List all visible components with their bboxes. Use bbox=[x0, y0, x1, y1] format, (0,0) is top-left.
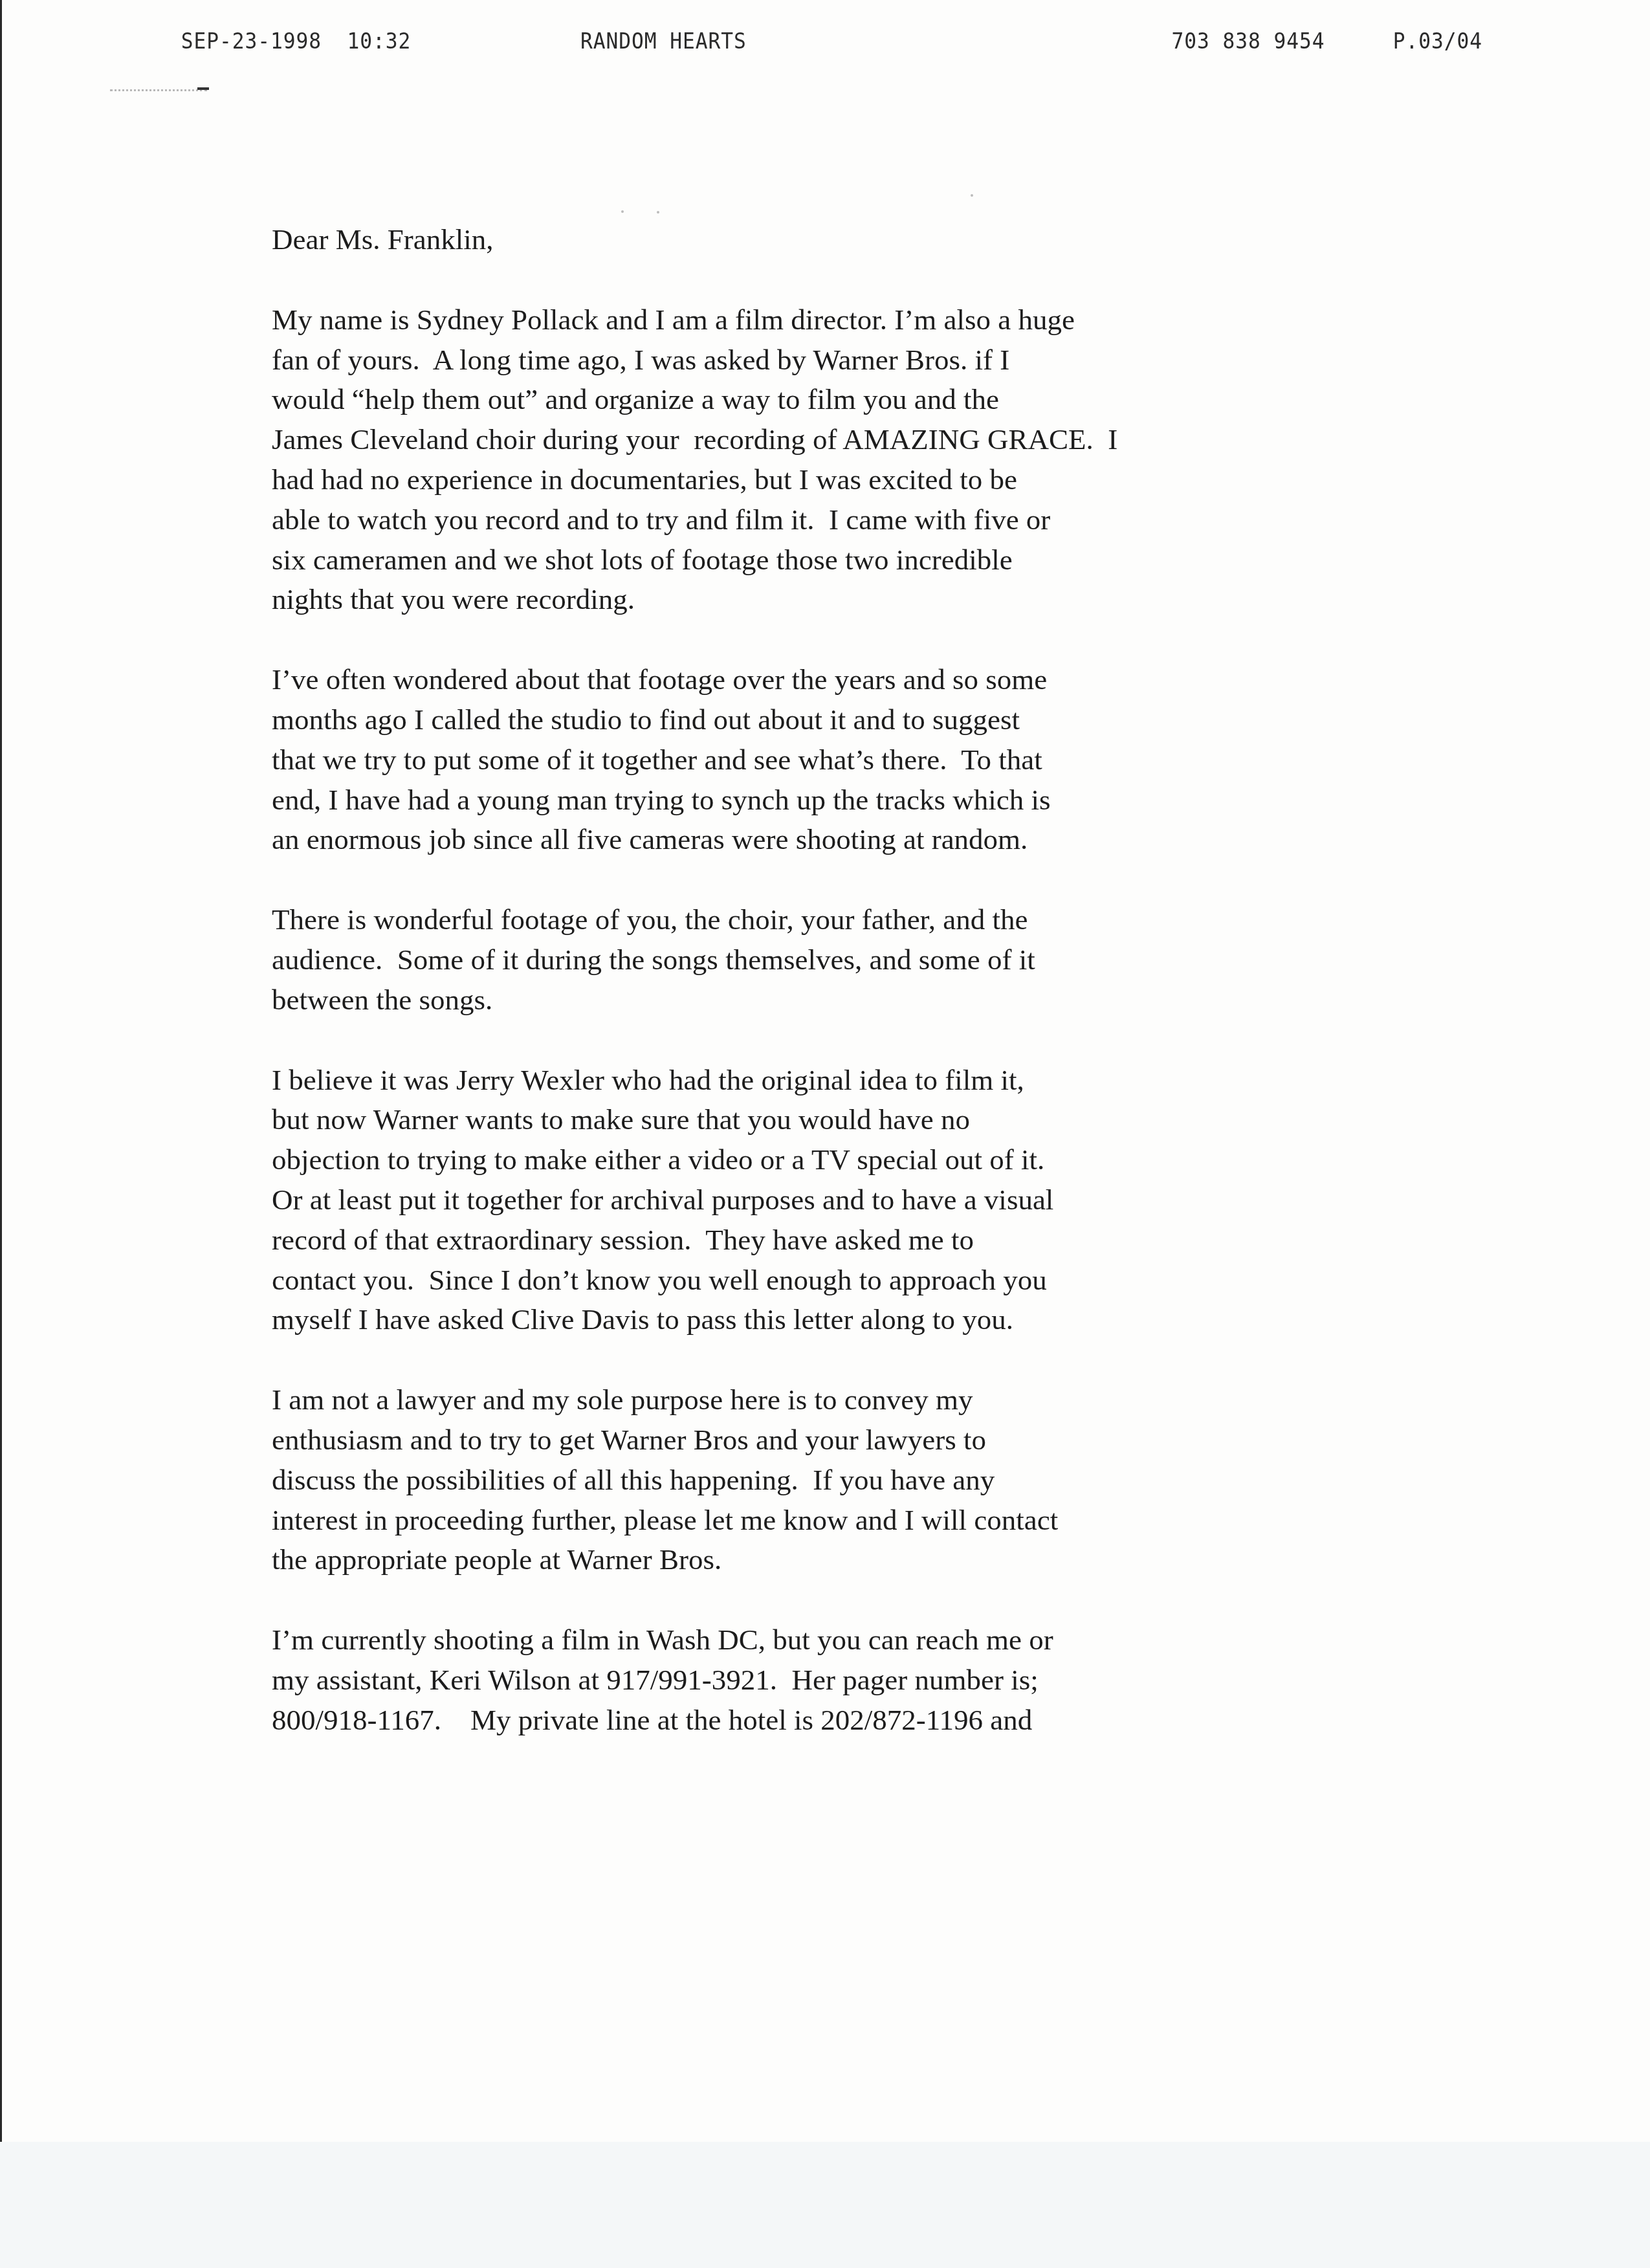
letter-paragraph: I’m currently shooting a film in Wash DC… bbox=[272, 1620, 1411, 1740]
scan-left-edge bbox=[0, 0, 2, 2232]
letter-line: would “help them out” and organize a way… bbox=[272, 380, 1411, 420]
letter-line: My name is Sydney Pollack and I am a fil… bbox=[272, 300, 1411, 340]
letter-line: discuss the possibilities of all this ha… bbox=[272, 1460, 1411, 1501]
letter-line: my assistant, Keri Wilson at 917/991-392… bbox=[272, 1660, 1411, 1701]
letter-line: between the songs. bbox=[272, 980, 1411, 1020]
salutation: Dear Ms. Franklin, bbox=[272, 220, 1411, 260]
letter-line: I’m currently shooting a film in Wash DC… bbox=[272, 1620, 1411, 1660]
fax-date: SEP-23-1998 10:32 bbox=[181, 28, 412, 54]
scan-speck bbox=[621, 210, 624, 213]
letter-line: enthusiasm and to try to get Warner Bros… bbox=[272, 1420, 1411, 1460]
letter-line: the appropriate people at Warner Bros. bbox=[272, 1540, 1411, 1580]
letter-paragraph: I believe it was Jerry Wexler who had th… bbox=[272, 1061, 1411, 1341]
letter-line: objection to trying to make either a vid… bbox=[272, 1140, 1411, 1180]
fax-page-number: P.03/04 bbox=[1393, 28, 1482, 54]
fax-header: SEP-23-1998 10:32 RANDOM HEARTS 703 838 … bbox=[0, 28, 1518, 61]
letter-line: but now Warner wants to make sure that y… bbox=[272, 1100, 1411, 1140]
letter-line: that we try to put some of it together a… bbox=[272, 740, 1411, 780]
letter-line: fan of yours. A long time ago, I was ask… bbox=[272, 340, 1411, 380]
letter-line: There is wonderful footage of you, the c… bbox=[272, 900, 1411, 940]
letter-line: six cameramen and we shot lots of footag… bbox=[272, 540, 1411, 580]
letter-line: myself I have asked Clive Davis to pass … bbox=[272, 1300, 1411, 1340]
letter-body: Dear Ms. Franklin, My name is Sydney Pol… bbox=[272, 220, 1411, 1781]
letter-line: months ago I called the studio to find o… bbox=[272, 700, 1411, 740]
letter-line: interest in proceeding further, please l… bbox=[272, 1501, 1411, 1541]
letter-line: audience. Some of it during the songs th… bbox=[272, 940, 1411, 980]
letter-line: James Cleveland choir during your record… bbox=[272, 420, 1411, 460]
scanner-bed-band bbox=[0, 2142, 1650, 2268]
fax-date-value: SEP-23-1998 bbox=[181, 28, 322, 54]
letter-paragraph: My name is Sydney Pollack and I am a fil… bbox=[272, 300, 1411, 620]
letter-paragraph: I’ve often wondered about that footage o… bbox=[272, 660, 1411, 860]
letter-line: I believe it was Jerry Wexler who had th… bbox=[272, 1061, 1411, 1101]
letter-line: I am not a lawyer and my sole purpose he… bbox=[272, 1380, 1411, 1420]
letter-paragraph: I am not a lawyer and my sole purpose he… bbox=[272, 1380, 1411, 1580]
letter-line: nights that you were recording. bbox=[272, 580, 1411, 620]
letter-line: an enormous job since all five cameras w… bbox=[272, 820, 1411, 860]
fax-phone: 703 838 9454 bbox=[1172, 28, 1325, 54]
letter-line: record of that extraordinary session. Th… bbox=[272, 1220, 1411, 1261]
letter-line: had had no experience in documentaries, … bbox=[272, 460, 1411, 500]
stray-scan-dash bbox=[197, 87, 209, 90]
letter-line: I’ve often wondered about that footage o… bbox=[272, 660, 1411, 700]
stray-scan-mark bbox=[110, 85, 207, 91]
scan-speck bbox=[657, 211, 659, 214]
letter-line: end, I have had a young man trying to sy… bbox=[272, 780, 1411, 820]
letter-line: Or at least put it together for archival… bbox=[272, 1180, 1411, 1220]
letter-line: able to watch you record and to try and … bbox=[272, 500, 1411, 540]
letter-line: contact you. Since I don’t know you well… bbox=[272, 1261, 1411, 1301]
fax-sender: RANDOM HEARTS bbox=[580, 28, 747, 54]
letter-line: 800/918-1167. My private line at the hot… bbox=[272, 1701, 1411, 1741]
scan-speck bbox=[971, 194, 973, 197]
letter-paragraph: There is wonderful footage of you, the c… bbox=[272, 900, 1411, 1020]
letter-paragraphs: My name is Sydney Pollack and I am a fil… bbox=[272, 300, 1411, 1741]
fax-time: 10:32 bbox=[347, 28, 411, 54]
